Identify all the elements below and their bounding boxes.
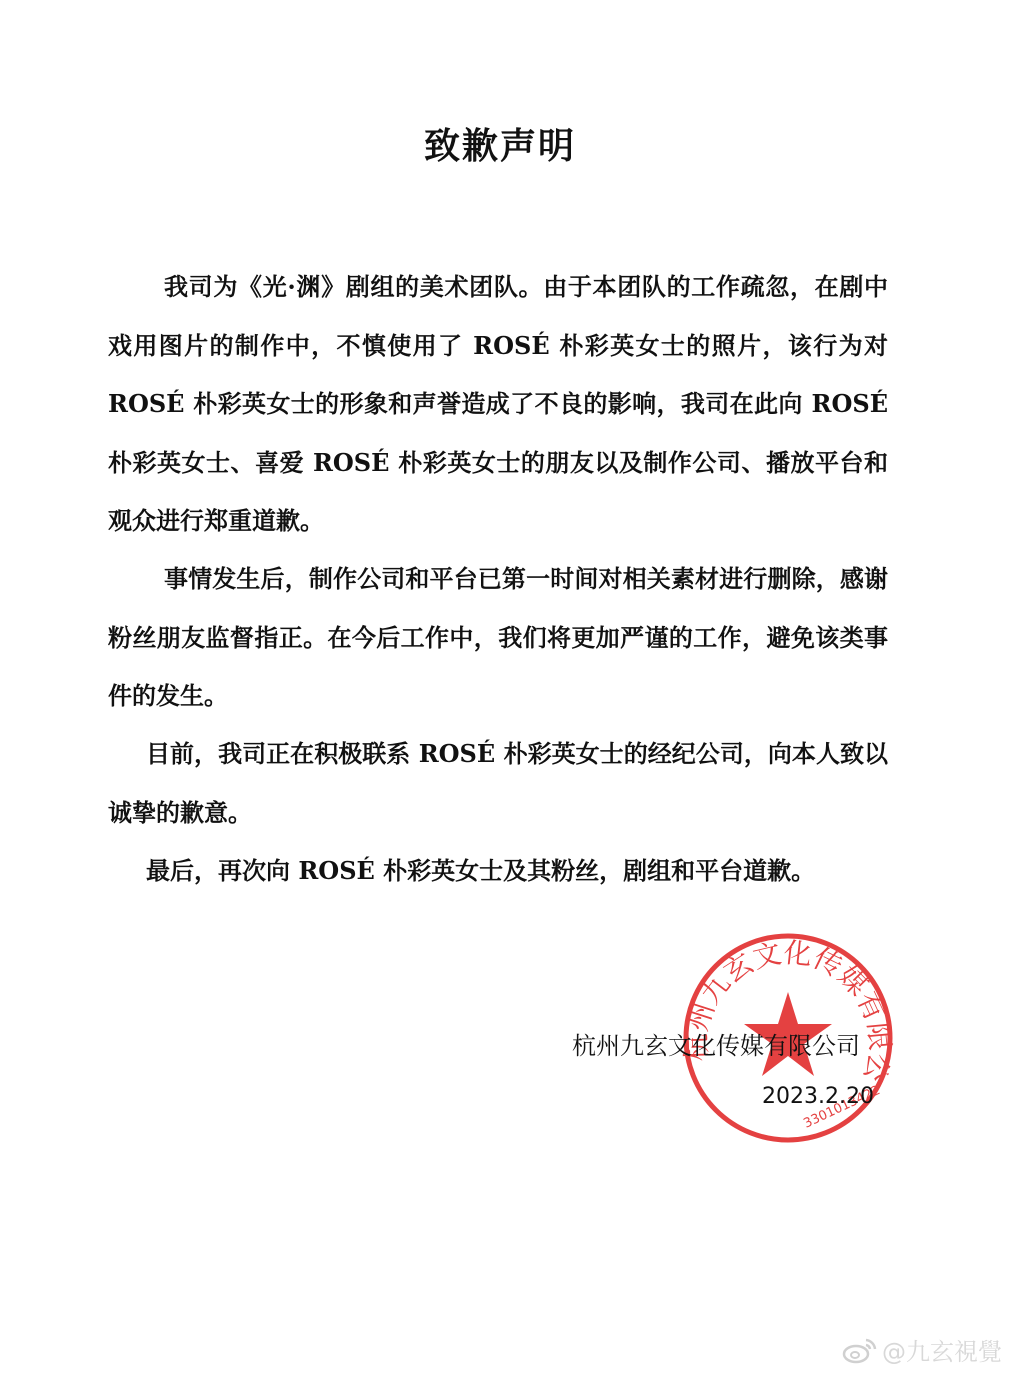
weibo-watermark: @九玄視覺 <box>842 1332 1002 1367</box>
paragraph-contact-agency: 目前，我司正在积极联系 ROSÉ 朴彩英女士的经纪公司，向本人致以诚挚的歉意。 <box>108 725 888 842</box>
document-title: 致歉声明 <box>0 118 1000 169</box>
signature-date: 2023.2.20 <box>762 1084 874 1109</box>
paragraph-action-taken: 事情发生后，制作公司和平台已第一时间对相关素材进行删除，感谢粉丝朋友监督指正。在… <box>108 550 888 726</box>
weibo-icon <box>842 1336 878 1364</box>
paragraph-apology: 我司为《光·渊》剧组的美术团队。由于本团队的工作疏忽，在剧中戏用图片的制作中，不… <box>108 258 888 551</box>
paragraph-final-apology: 最后，再次向 ROSÉ 朴彩英女士及其粉丝，剧组和平台道歉。 <box>108 842 888 901</box>
signer-company: 杭州九玄文化传媒有限公司 <box>572 1026 860 1061</box>
watermark-text: @九玄視覺 <box>882 1332 1002 1367</box>
